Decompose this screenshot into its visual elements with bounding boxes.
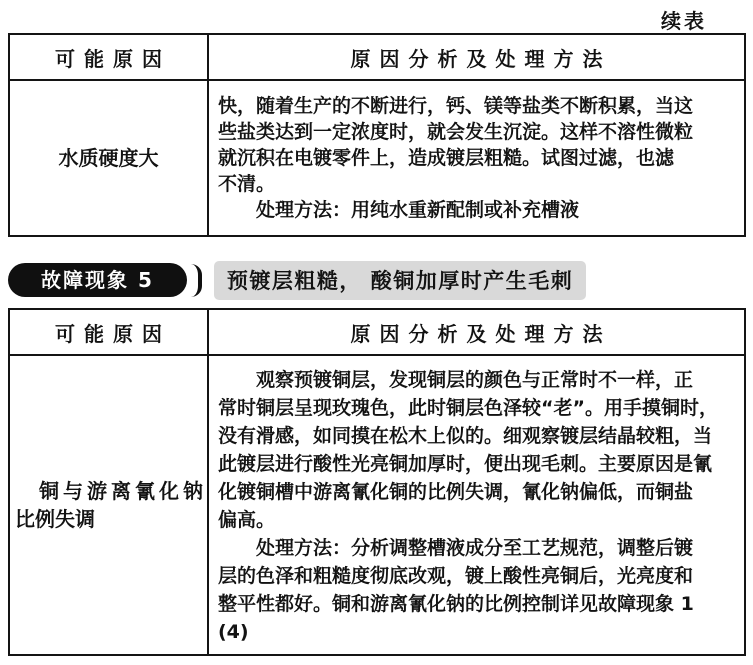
analysis-line: 就沉积在电镀零件上，造成镀层粗糙。试图过滤，也滤 <box>218 145 738 171</box>
table-2-header-analysis-label: 原因分析及处理方法 <box>342 318 612 347</box>
table-1-header-analysis: 原因分析及处理方法 <box>209 35 744 79</box>
table-1-analysis-cell: 快，随着生产的不断进行，钙、镁等盐类不断积累，当这 些盐类达到一定浓度时，就会发… <box>209 81 744 235</box>
treatment-method-line: 处理方法：分析调整槽液成分至工艺规范，调整后镀 <box>218 534 738 562</box>
table-1-header-row: 可能原因 原因分析及处理方法 <box>10 35 744 81</box>
analysis-line: 没有滑感，如同摸在松木上似的。细观察镀层结晶较粗，当 <box>218 422 738 450</box>
fault-heading: 故障现象 5 预镀层粗糙， 酸铜加厚时产生毛刺 <box>8 262 586 298</box>
table-2-header-analysis: 原因分析及处理方法 <box>209 310 744 354</box>
analysis-line: 此镀层进行酸性光亮铜加厚时，便出现毛刺。主要原因是氰 <box>218 450 738 478</box>
table-2-body-row: 铜与游离氰化钠 比例失调 观察预镀铜层，发现铜层的颜色与正常时不一样，正 常时铜… <box>10 356 744 654</box>
manual-page: 续表 可能原因 原因分析及处理方法 水质硬度大 快，随着生产的不断进行，钙、镁等… <box>0 0 753 665</box>
analysis-line: 不清。 <box>218 171 738 197</box>
analysis-line: 偏高。 <box>218 506 738 534</box>
analysis-line: 常时铜层呈现玫瑰色，此时铜层色泽较“老”。用手摸铜时， <box>218 394 738 422</box>
table-1-header-cause: 可能原因 <box>10 35 209 79</box>
treatment-method-line: 处理方法：用纯水重新配制或补充槽液 <box>218 197 738 223</box>
analysis-text-block: 快，随着生产的不断进行，钙、镁等盐类不断积累，当这 些盐类达到一定浓度时，就会发… <box>209 81 744 223</box>
table-1-header-analysis-label: 原因分析及处理方法 <box>342 43 612 72</box>
cause-text-line: 铜与游离氰化钠 <box>15 477 207 505</box>
cause-text: 水质硬度大 <box>59 144 159 172</box>
analysis-line: 化镀铜槽中游离氰化铜的比例失调，氰化钠偏低，而铜盐 <box>218 478 738 506</box>
treatment-method-line: 整平性都好。铜和游离氰化钠的比例控制详见故障现象 1 <box>218 590 738 618</box>
table-1-header-cause-label: 可能原因 <box>46 43 171 72</box>
fault-title: 预镀层粗糙， 酸铜加厚时产生毛刺 <box>214 261 586 300</box>
table-2-header-row: 可能原因 原因分析及处理方法 <box>10 310 744 356</box>
fault-number-badge: 故障现象 5 <box>8 263 187 297</box>
cause-analysis-table-1: 可能原因 原因分析及处理方法 水质硬度大 快，随着生产的不断进行，钙、镁等盐类不… <box>8 33 746 237</box>
analysis-line: 观察预镀铜层，发现铜层的颜色与正常时不一样，正 <box>218 366 738 394</box>
table-2-cause-cell: 铜与游离氰化钠 比例失调 <box>10 356 209 654</box>
treatment-method-line: (4) <box>218 618 738 646</box>
table-1-cause-cell: 水质硬度大 <box>10 81 209 235</box>
badge-tail-arc-icon <box>191 264 202 297</box>
analysis-text-block: 观察预镀铜层，发现铜层的颜色与正常时不一样，正 常时铜层呈现玫瑰色，此时铜层色泽… <box>209 356 744 646</box>
table-2-header-cause: 可能原因 <box>10 310 209 354</box>
continued-table-label: 续表 <box>661 5 707 34</box>
analysis-line: 些盐类达到一定浓度时，就会发生沉淀。这样不溶性微粒 <box>218 119 738 145</box>
treatment-method-line: 层的色泽和粗糙度彻底改观，镀上酸性亮铜后，光亮度和 <box>218 562 738 590</box>
table-2-analysis-cell: 观察预镀铜层，发现铜层的颜色与正常时不一样，正 常时铜层呈现玫瑰色，此时铜层色泽… <box>209 356 744 654</box>
table-2-header-cause-label: 可能原因 <box>46 318 171 347</box>
analysis-line: 快，随着生产的不断进行，钙、镁等盐类不断积累，当这 <box>218 93 738 119</box>
cause-analysis-table-2: 可能原因 原因分析及处理方法 铜与游离氰化钠 比例失调 观察预镀铜层，发现铜层的… <box>8 308 746 656</box>
cause-text-line: 比例失调 <box>15 505 95 533</box>
table-1-body-row: 水质硬度大 快，随着生产的不断进行，钙、镁等盐类不断积累，当这 些盐类达到一定浓… <box>10 81 744 235</box>
